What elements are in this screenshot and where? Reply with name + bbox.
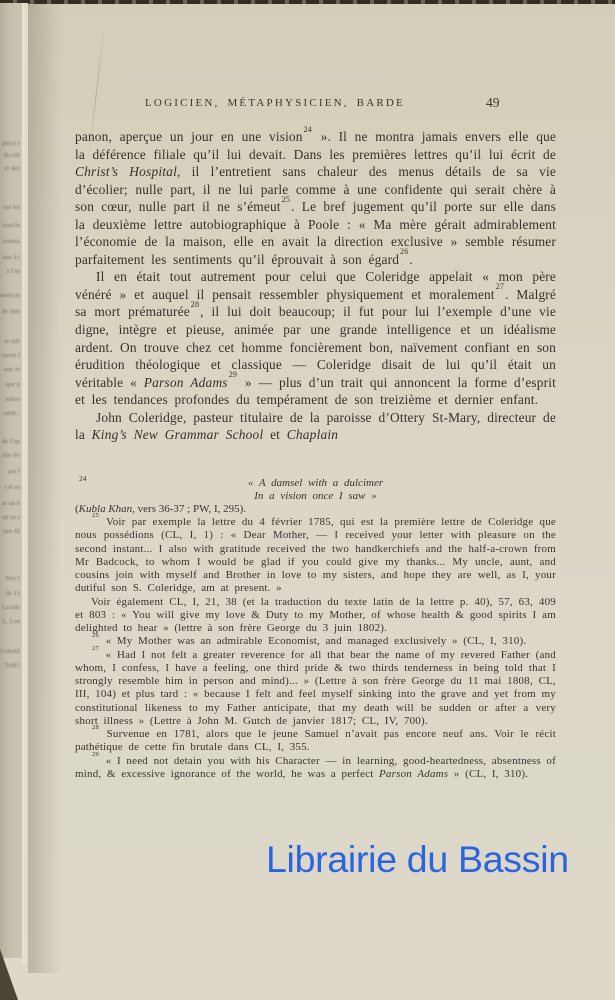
footnote-26: 26 « My Mother was an admirable Economis… [75, 635, 556, 648]
ghost-text-fragment: ud au r [0, 514, 20, 521]
ghost-text-fragment: rable : [0, 410, 20, 417]
ghost-text-fragment: par l [0, 468, 20, 475]
body-paragraph: Il en était tout autrement pour celui qu… [75, 268, 556, 408]
book-top-edge [0, 0, 615, 4]
footnote-28: 28 Survenue en 1781, alors que le jeune … [75, 728, 556, 755]
ghost-text-fragment: Stry ( [0, 575, 20, 582]
ghost-text-fragment: ouvre l [0, 352, 20, 359]
ghost-text-fragment: sur les [0, 204, 20, 211]
footnote-25: 25 Voir par exemple la lettre du 4 févri… [75, 516, 556, 596]
ghost-text-fragment: Coleridg [0, 648, 20, 655]
footnote-marker: 29 [91, 751, 100, 758]
ghost-text-fragment: à l’in [0, 268, 20, 275]
ghost-text-fragment: une fil [0, 528, 20, 535]
verse-line: « A damsel with a dulcimer [75, 477, 556, 490]
ghost-text-fragment: mêtre [0, 396, 20, 403]
footnote-27: 27 « Had I not felt a greater reverence … [75, 649, 556, 729]
footnote-29: 29 « I need not detain you with his Char… [75, 755, 556, 782]
ghost-text-fragment: L. Lun [0, 618, 20, 625]
ghost-text-fragment: elle liv [0, 452, 20, 459]
footnote-continuation: Voir également CL, I, 21, 38 (et la trad… [75, 596, 556, 636]
ghost-text-fragment: Lecide [0, 604, 20, 611]
ghost-text-fragment: et soli [0, 338, 20, 345]
ghost-text-fragment: pièce s [0, 140, 20, 147]
body-paragraph: panon, aperçue un jour en une vision24 »… [75, 128, 556, 268]
ghost-text-fragment: t el so [0, 484, 20, 491]
ghost-text-fragment: une à i [0, 254, 20, 261]
ghost-text-fragment: une m [0, 366, 20, 373]
bookseller-watermark: Librairie du Bassin [266, 838, 569, 881]
ghost-text-fragment: conclu [0, 222, 20, 229]
footnote-24-verse: 24 « A damsel with a dulcimer In a visio… [75, 477, 556, 502]
footnote-marker: 27 [91, 645, 100, 652]
gutter-shadow [28, 3, 62, 973]
body-text-block: panon, aperçue un jour en une vision24 »… [75, 128, 556, 444]
ghost-text-fragment: er des [0, 165, 20, 172]
ghost-text-fragment: Tyld l [0, 662, 20, 669]
ghost-text-fragment: que p [0, 381, 20, 388]
footnotes-block: 24 « A damsel with a dulcimer In a visio… [75, 477, 556, 781]
ghost-text-fragment: ar un b [0, 500, 20, 507]
footnote-marker: 28 [91, 724, 100, 731]
running-head-title: LOGICIEN, MÉTAPHYSICIEN, BARDE [90, 97, 460, 109]
body-paragraph: John Coleridge, pasteur titulaire de la … [75, 409, 556, 444]
footnote-marker: 26 [91, 632, 100, 639]
ghost-text-fragment: de fam [0, 308, 20, 315]
ghost-text-fragment: artenis [0, 238, 20, 245]
ghost-text-fragment: du côt [0, 152, 20, 159]
footnote-list: 25 Voir par exemple la lettre du 4 févri… [75, 516, 556, 781]
footnote-marker: 25 [91, 512, 100, 519]
facing-page-edge: pièce sdu côter dessur lesconcluartenisu… [0, 3, 22, 958]
ghost-text-fragment: ment m [0, 292, 20, 299]
page-number: 49 [486, 95, 526, 111]
footnote-24-citation: (Kubla Khan, vers 36-37 ; PW, I, 295). [75, 503, 556, 516]
ghost-text-fragment: de 13 [0, 590, 20, 597]
ghost-text-fragment: de l’ap [0, 438, 20, 445]
verse-line: In a vision once I saw » [75, 490, 556, 503]
